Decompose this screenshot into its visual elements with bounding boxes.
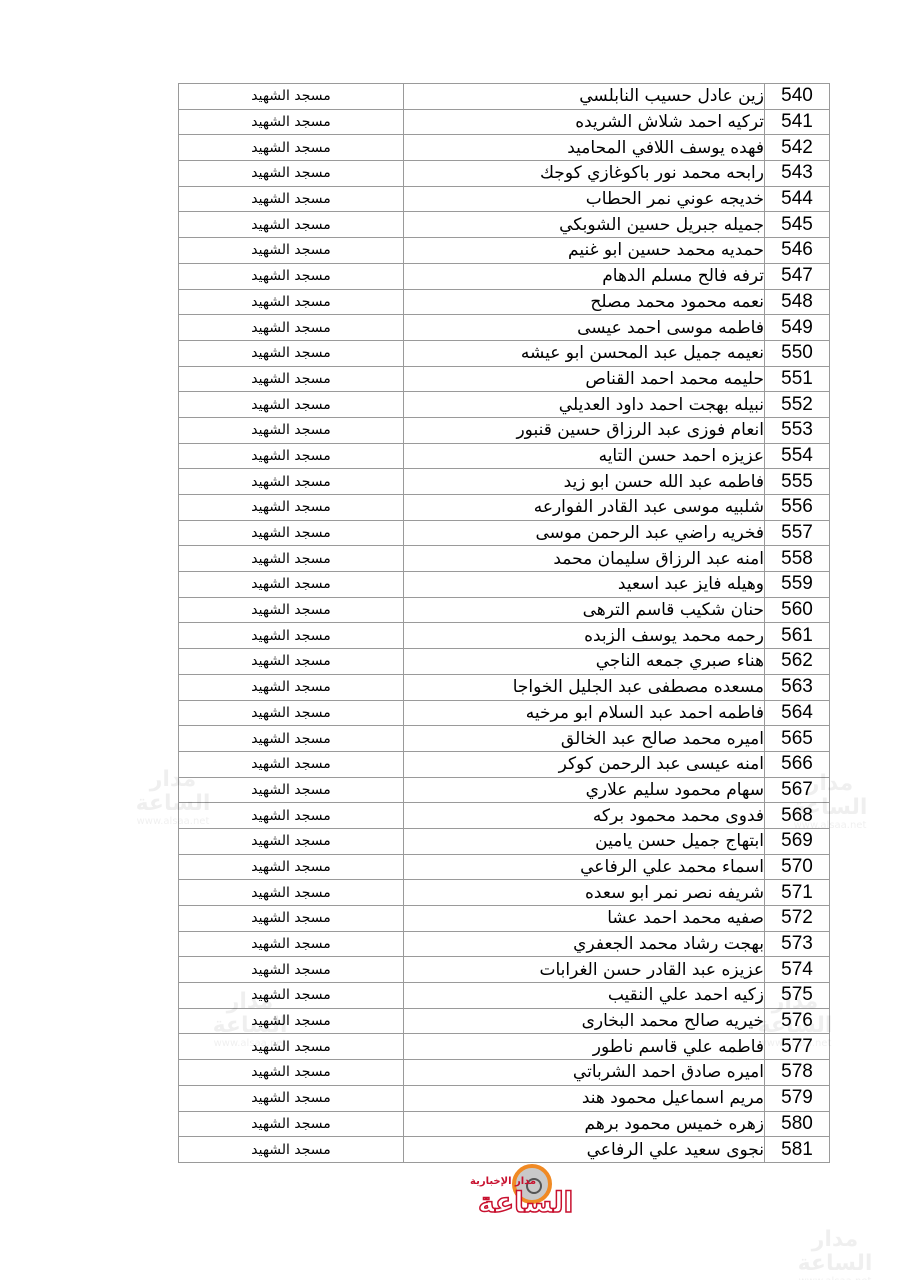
name-cell: وهيله فايز عبد اسعيد [404, 572, 765, 598]
number-cell: 545 [765, 212, 830, 238]
number-cell: 578 [765, 1060, 830, 1086]
table-row: مسجد الشهيدمسعده مصطفى عبد الجليل الخواج… [179, 674, 830, 700]
name-cell: فاطمه موسى احمد عيسى [404, 315, 765, 341]
number-cell: 560 [765, 597, 830, 623]
number-cell: 558 [765, 546, 830, 572]
name-cell: صفيه محمد احمد عشا [404, 906, 765, 932]
table-row: مسجد الشهيدشريفه نصر نمر ابو سعده571 [179, 880, 830, 906]
place-cell: مسجد الشهيد [179, 906, 404, 932]
place-cell: مسجد الشهيد [179, 315, 404, 341]
place-cell: مسجد الشهيد [179, 186, 404, 212]
name-cell: هناء صبري جمعه الناجي [404, 649, 765, 675]
table-row: مسجد الشهيدفاطمه احمد عبد السلام ابو مرخ… [179, 700, 830, 726]
name-cell: اسماء محمد علي الرفاعي [404, 854, 765, 880]
name-cell: حمديه محمد حسين ابو غنيم [404, 238, 765, 264]
table-row: مسجد الشهيدمريم اسماعيل محمود هند579 [179, 1085, 830, 1111]
name-cell: فاطمه علي قاسم ناطور [404, 1034, 765, 1060]
place-cell: مسجد الشهيد [179, 931, 404, 957]
number-cell: 559 [765, 572, 830, 598]
watermark-url: www.alsaa.net [740, 1038, 850, 1049]
name-cell: ترفه فالح مسلم الدهام [404, 263, 765, 289]
table-row: مسجد الشهيدهناء صبري جمعه الناجي562 [179, 649, 830, 675]
name-cell: اميره محمد صالح عبد الخالق [404, 726, 765, 752]
table-row: مسجد الشهيدحليمه محمد احمد القناص551 [179, 366, 830, 392]
table-row: مسجد الشهيدجميله جبريل حسين الشوبكي545 [179, 212, 830, 238]
name-cell: خديجه عوني نمر الحطاب [404, 186, 765, 212]
number-cell: 562 [765, 649, 830, 675]
watermark-url: www.alsaa.net [770, 820, 890, 831]
place-cell: مسجد الشهيد [179, 469, 404, 495]
place-cell: مسجد الشهيد [179, 1060, 404, 1086]
name-cell: فخريه راضي عبد الرحمن موسى [404, 520, 765, 546]
place-cell: مسجد الشهيد [179, 854, 404, 880]
name-cell: نجوى سعيد علي الرفاعي [404, 1137, 765, 1163]
place-cell: مسجد الشهيد [179, 417, 404, 443]
place-cell: مسجد الشهيد [179, 1085, 404, 1111]
number-cell: 554 [765, 443, 830, 469]
place-cell: مسجد الشهيد [179, 597, 404, 623]
table-row: مسجد الشهيدفاطمه عبد الله حسن ابو زيد555 [179, 469, 830, 495]
watermark-left: مدار الساعة www.alsaa.net [118, 768, 228, 827]
place-cell: مسجد الشهيد [179, 84, 404, 110]
watermark-url: www.alsaa.net [195, 1038, 305, 1049]
number-cell: 551 [765, 366, 830, 392]
number-cell: 564 [765, 700, 830, 726]
place-cell: مسجد الشهيد [179, 289, 404, 315]
number-cell: 550 [765, 340, 830, 366]
table-row: مسجد الشهيدشلبيه موسى عبد القادر الفوارع… [179, 495, 830, 521]
place-cell: مسجد الشهيد [179, 957, 404, 983]
watermark-brand: مدار الساعة [195, 990, 305, 1038]
name-cell: امنه عيسى عبد الرحمن كوكر [404, 751, 765, 777]
watermark-center-left: مدار الساعة www.alsaa.net [195, 990, 305, 1049]
table-row: مسجد الشهيدفدوى محمد محمود بركه568 [179, 803, 830, 829]
table-row: مسجد الشهيدرابحه محمد نور باكوغازي كوجك5… [179, 161, 830, 187]
watermark-brand: مدار الساعة [118, 768, 228, 816]
table-row: مسجد الشهيدسهام محمود سليم علاري567 [179, 777, 830, 803]
number-cell: 581 [765, 1137, 830, 1163]
watermark-bottom-right: مدار الساعة www.alsaa.net [780, 1228, 890, 1280]
number-cell: 555 [765, 469, 830, 495]
place-cell: مسجد الشهيد [179, 238, 404, 264]
place-cell: مسجد الشهيد [179, 161, 404, 187]
number-cell: 574 [765, 957, 830, 983]
number-cell: 547 [765, 263, 830, 289]
name-cell: شريفه نصر نمر ابو سعده [404, 880, 765, 906]
place-cell: مسجد الشهيد [179, 649, 404, 675]
table-row: مسجد الشهيدحنان شكيب قاسم الترهى560 [179, 597, 830, 623]
table-row: مسجد الشهيدبهجت رشاد محمد الجعفري573 [179, 931, 830, 957]
watermark-brand: مدار الساعة [780, 1228, 890, 1276]
table-row: مسجد الشهيدنعمه محمود محمد مصلح548 [179, 289, 830, 315]
number-cell: 542 [765, 135, 830, 161]
place-cell: مسجد الشهيد [179, 546, 404, 572]
number-cell: 549 [765, 315, 830, 341]
place-cell: مسجد الشهيد [179, 392, 404, 418]
table-row: مسجد الشهيدعزيزه عبد القادر حسن الغرابات… [179, 957, 830, 983]
place-cell: مسجد الشهيد [179, 726, 404, 752]
name-cell: فهده يوسف اللافي المحاميد [404, 135, 765, 161]
name-cell: زكيه احمد علي النقيب [404, 983, 765, 1009]
name-cell: مسعده مصطفى عبد الجليل الخواجا [404, 674, 765, 700]
table-row: مسجد الشهيدفاطمه موسى احمد عيسى549 [179, 315, 830, 341]
place-cell: مسجد الشهيد [179, 443, 404, 469]
table-row: مسجد الشهيدزين عادل حسيب النابلسي540 [179, 84, 830, 110]
watermark-right: مدار الساعة www.alsaa.net [770, 772, 890, 831]
table-row: مسجد الشهيدخديجه عوني نمر الحطاب544 [179, 186, 830, 212]
place-cell: مسجد الشهيد [179, 495, 404, 521]
table-row: مسجد الشهيدامنه عبد الرزاق سليمان محمد55… [179, 546, 830, 572]
name-cell: فدوى محمد محمود بركه [404, 803, 765, 829]
place-cell: مسجد الشهيد [179, 700, 404, 726]
name-cell: حنان شكيب قاسم الترهى [404, 597, 765, 623]
number-cell: 573 [765, 931, 830, 957]
name-cell: زهره خميس محمود برهم [404, 1111, 765, 1137]
place-cell: مسجد الشهيد [179, 135, 404, 161]
number-cell: 540 [765, 84, 830, 110]
name-cell: خيريه صالح محمد البخارى [404, 1008, 765, 1034]
place-cell: مسجد الشهيد [179, 263, 404, 289]
number-cell: 557 [765, 520, 830, 546]
table-row: مسجد الشهيداميره صادق احمد الشرباتي578 [179, 1060, 830, 1086]
number-cell: 580 [765, 1111, 830, 1137]
place-cell: مسجد الشهيد [179, 1137, 404, 1163]
number-cell: 556 [765, 495, 830, 521]
watermark-center-right: مدار الساعة www.alsaa.net [740, 990, 850, 1049]
name-cell: رابحه محمد نور باكوغازي كوجك [404, 161, 765, 187]
name-cell: اميره صادق احمد الشرباتي [404, 1060, 765, 1086]
name-cell: فاطمه احمد عبد السلام ابو مرخيه [404, 700, 765, 726]
name-cell: ابتهاج جميل حسن يامين [404, 828, 765, 854]
name-cell: جميله جبريل حسين الشوبكي [404, 212, 765, 238]
brand-logo: مدار الإخبارية الساعة [470, 1162, 590, 1222]
number-cell: 571 [765, 880, 830, 906]
name-cell: عزيزه احمد حسن التايه [404, 443, 765, 469]
number-cell: 541 [765, 109, 830, 135]
name-cell: امنه عبد الرزاق سليمان محمد [404, 546, 765, 572]
table-row: مسجد الشهيدنعيمه جميل عبد المحسن ابو عيش… [179, 340, 830, 366]
name-cell: فاطمه عبد الله حسن ابو زيد [404, 469, 765, 495]
number-cell: 548 [765, 289, 830, 315]
table-row: مسجد الشهيدفهده يوسف اللافي المحاميد542 [179, 135, 830, 161]
table-row: مسجد الشهيداميره محمد صالح عبد الخالق565 [179, 726, 830, 752]
name-cell: نبيله بهجت احمد داود العديلي [404, 392, 765, 418]
number-cell: 579 [765, 1085, 830, 1111]
number-cell: 563 [765, 674, 830, 700]
name-cell: زين عادل حسيب النابلسي [404, 84, 765, 110]
table-row: مسجد الشهيدفخريه راضي عبد الرحمن موسى557 [179, 520, 830, 546]
name-cell: انعام فوزى عبد الرزاق حسين قنبور [404, 417, 765, 443]
table-row: مسجد الشهيدترفه فالح مسلم الدهام547 [179, 263, 830, 289]
place-cell: مسجد الشهيد [179, 520, 404, 546]
name-cell: حليمه محمد احمد القناص [404, 366, 765, 392]
name-cell: رحمه محمد يوسف الزبده [404, 623, 765, 649]
table-row: مسجد الشهيدصفيه محمد احمد عشا572 [179, 906, 830, 932]
number-cell: 561 [765, 623, 830, 649]
place-cell: مسجد الشهيد [179, 880, 404, 906]
number-cell: 543 [765, 161, 830, 187]
name-cell: شلبيه موسى عبد القادر الفوارعه [404, 495, 765, 521]
number-cell: 546 [765, 238, 830, 264]
place-cell: مسجد الشهيد [179, 623, 404, 649]
number-cell: 553 [765, 417, 830, 443]
watermark-brand: مدار الساعة [770, 772, 890, 820]
table-row: مسجد الشهيدعزيزه احمد حسن التايه554 [179, 443, 830, 469]
table-row: مسجد الشهيدوهيله فايز عبد اسعيد559 [179, 572, 830, 598]
table-row: مسجد الشهيدانعام فوزى عبد الرزاق حسين قن… [179, 417, 830, 443]
name-cell: نعمه محمود محمد مصلح [404, 289, 765, 315]
table-row: مسجد الشهيدحمديه محمد حسين ابو غنيم546 [179, 238, 830, 264]
number-cell: 572 [765, 906, 830, 932]
place-cell: مسجد الشهيد [179, 366, 404, 392]
number-cell: 565 [765, 726, 830, 752]
place-cell: مسجد الشهيد [179, 212, 404, 238]
name-cell: نعيمه جميل عبد المحسن ابو عيشه [404, 340, 765, 366]
name-cell: تركيه احمد شلاش الشريده [404, 109, 765, 135]
name-cell: عزيزه عبد القادر حسن الغرابات [404, 957, 765, 983]
place-cell: مسجد الشهيد [179, 1111, 404, 1137]
name-cell: بهجت رشاد محمد الجعفري [404, 931, 765, 957]
name-cell: سهام محمود سليم علاري [404, 777, 765, 803]
table-row: مسجد الشهيدرحمه محمد يوسف الزبده561 [179, 623, 830, 649]
document-page: مسجد الشهيدزين عادل حسيب النابلسي540مسجد… [0, 0, 904, 1280]
number-cell: 552 [765, 392, 830, 418]
table-row: مسجد الشهيداسماء محمد علي الرفاعي570 [179, 854, 830, 880]
table-row: مسجد الشهيدابتهاج جميل حسن يامين569 [179, 828, 830, 854]
place-cell: مسجد الشهيد [179, 340, 404, 366]
table-row: مسجد الشهيدتركيه احمد شلاش الشريده541 [179, 109, 830, 135]
number-cell: 569 [765, 828, 830, 854]
table-row: مسجد الشهيدامنه عيسى عبد الرحمن كوكر566 [179, 751, 830, 777]
watermark-url: www.alsaa.net [780, 1276, 890, 1280]
logo-title: الساعة [478, 1186, 573, 1219]
number-cell: 544 [765, 186, 830, 212]
watermark-url: www.alsaa.net [118, 816, 228, 827]
table-row: مسجد الشهيدنبيله بهجت احمد داود العديلي5… [179, 392, 830, 418]
place-cell: مسجد الشهيد [179, 572, 404, 598]
place-cell: مسجد الشهيد [179, 828, 404, 854]
place-cell: مسجد الشهيد [179, 109, 404, 135]
watermark-brand: مدار الساعة [740, 990, 850, 1038]
table-row: مسجد الشهيدزهره خميس محمود برهم580 [179, 1111, 830, 1137]
place-cell: مسجد الشهيد [179, 674, 404, 700]
table-row: مسجد الشهيدنجوى سعيد علي الرفاعي581 [179, 1137, 830, 1163]
number-cell: 570 [765, 854, 830, 880]
name-cell: مريم اسماعيل محمود هند [404, 1085, 765, 1111]
